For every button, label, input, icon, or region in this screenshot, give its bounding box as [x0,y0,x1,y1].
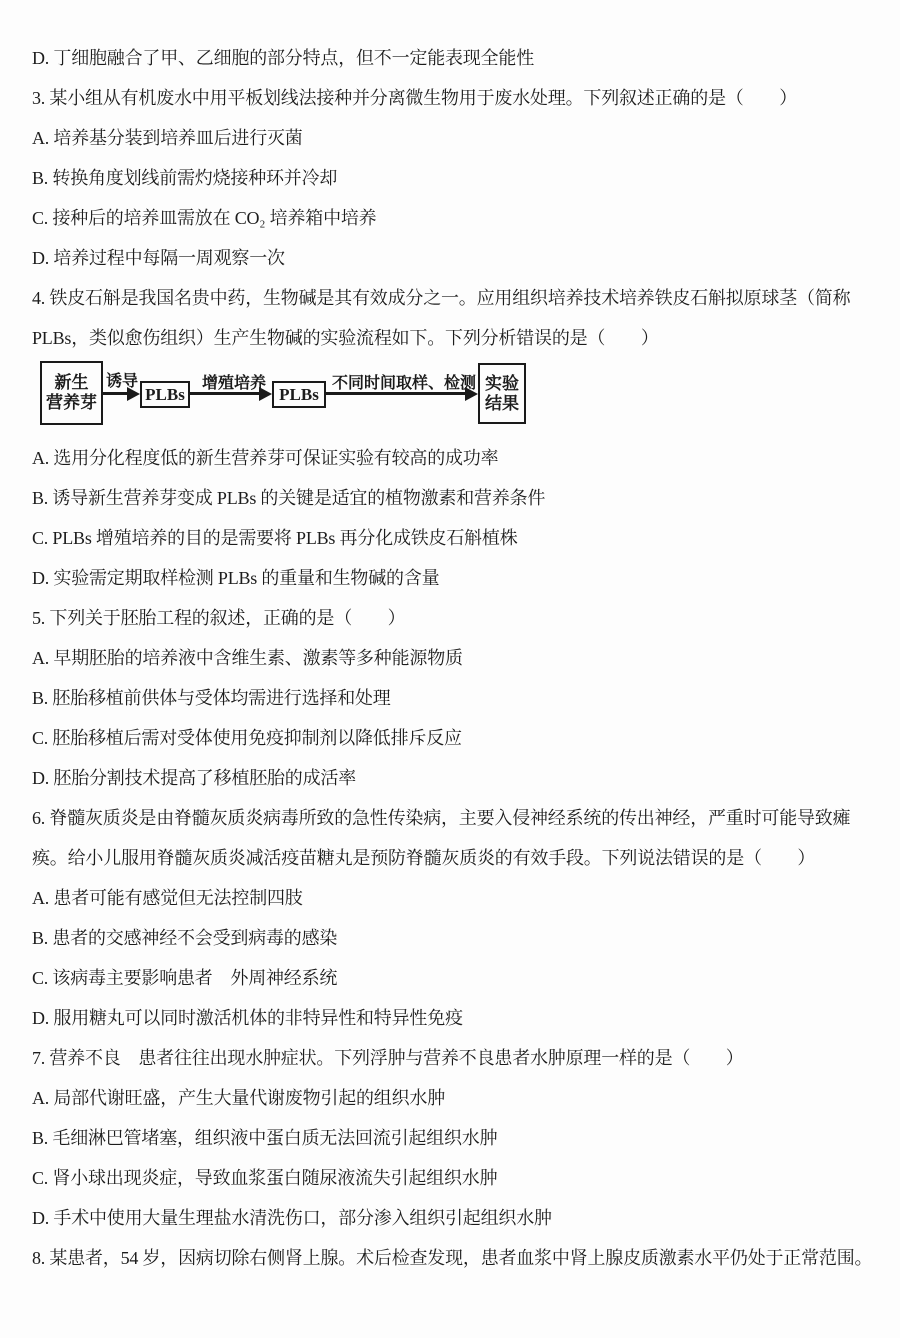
q5-option-d: D. 胚胎分割技术提高了移植胚胎的成活率 [0,758,900,798]
flow-arrow-1 [101,392,129,395]
q8-stem: 8. 某患者，54 岁，因病切除右侧肾上腺。术后检查发现，患者血浆中肾上腺皮质激… [0,1238,900,1278]
q6-option-c: C. 该病毒主要影响患者 外周神经系统 [0,958,900,998]
q7-option-d: D. 手术中使用大量生理盐水清洗伤口，部分渗入组织引起组织水肿 [0,1198,900,1238]
q6-option-b: B. 患者的交感神经不会受到病毒的感染 [0,918,900,958]
arrow-head-icon [127,387,140,401]
q5-option-b: B. 胚胎移植前供体与受体均需进行选择和处理 [0,678,900,718]
q7-stem: 7. 营养不良 患者往往出现水肿症状。下列浮肿与营养不良患者水肿原理一样的是（ … [0,1038,900,1078]
q5-option-c: C. 胚胎移植后需对受体使用免疫抑制剂以降低排斥反应 [0,718,900,758]
flow-box-new-shoot-line1: 新生 [55,373,89,393]
flow-box-result: 实验 结果 [478,363,526,424]
q3-option-b: B. 转换角度划线前需灼烧接种环并冷却 [0,158,900,198]
q3-option-c: C. 接种后的培养皿需放在 CO₂ 培养箱中培养 [0,198,900,238]
exam-page: D. 丁细胞融合了甲、乙细胞的部分特点，但不一定能表现全能性 3. 某小组从有机… [0,0,900,1338]
flow-box-new-shoot: 新生 营养芽 [40,361,103,425]
flow-box-result-line2: 结果 [485,394,519,414]
flow-arrow-2 [190,392,261,395]
q4-stem-line1: 4. 铁皮石斛是我国名贵中药，生物碱是其有效成分之一。应用组织培养技术培养铁皮石… [0,278,900,318]
arrow-head-icon [259,387,272,401]
q6-stem-line1: 6. 脊髓灰质炎是由脊髓灰质炎病毒所致的急性传染病，主要入侵神经系统的传出神经，… [0,798,900,838]
q6-option-a: A. 患者可能有感觉但无法控制四肢 [0,878,900,918]
q7-option-a: A. 局部代谢旺盛，产生大量代谢废物引起的组织水肿 [0,1078,900,1118]
q4-option-a: A. 选用分化程度低的新生营养芽可保证实验有较高的成功率 [0,438,900,478]
q3-stem: 3. 某小组从有机废水中用平板划线法接种并分离微生物用于废水处理。下列叙述正确的… [0,78,900,118]
arrow-label-sampling: 不同时间取样、检测 [328,374,480,393]
q4-option-d: D. 实验需定期取样检测 PLBs 的重量和生物碱的含量 [0,558,900,598]
q3-option-d: D. 培养过程中每隔一周观察一次 [0,238,900,278]
q4-option-c: C. PLBs 增殖培养的目的是需要将 PLBs 再分化成铁皮石斛植株 [0,518,900,558]
flow-box-plbs-2: PLBs [272,381,326,408]
q6-option-d: D. 服用糖丸可以同时激活机体的非特异性和特异性免疫 [0,998,900,1038]
flow-diagram: 新生 营养芽 诱导 PLBs 增殖培养 PLBs 不同时间取样、检测 实验 结果 [0,358,900,438]
q3-option-a: A. 培养基分装到培养皿后进行灭菌 [0,118,900,158]
q4-stem-line2: PLBs，类似愈伤组织）生产生物碱的实验流程如下。下列分析错误的是（ ） [0,318,900,358]
arrow-head-icon [465,387,478,401]
q5-stem: 5. 下列关于胚胎工程的叙述，正确的是（ ） [0,598,900,638]
flow-arrow-3 [324,392,467,395]
q4-option-b: B. 诱导新生营养芽变成 PLBs 的关键是适宜的植物激素和营养条件 [0,478,900,518]
flow-box-new-shoot-line2: 营养芽 [46,393,97,413]
flow-box-plbs-1-label: PLBs [145,385,185,405]
q6-stem-line2: 痪。给小儿服用脊髓灰质炎减活疫苗糖丸是预防脊髓灰质炎的有效手段。下列说法错误的是… [0,838,900,878]
q2-option-d: D. 丁细胞融合了甲、乙细胞的部分特点，但不一定能表现全能性 [0,38,900,78]
q7-option-c: C. 肾小球出现炎症，导致血浆蛋白随尿液流失引起组织水肿 [0,1158,900,1198]
flow-box-plbs-2-label: PLBs [279,385,319,405]
q5-option-a: A. 早期胚胎的培养液中含维生素、激素等多种能源物质 [0,638,900,678]
flow-box-plbs-1: PLBs [140,381,190,408]
flow-box-result-line1: 实验 [485,374,519,394]
q7-option-b: B. 毛细淋巴管堵塞，组织液中蛋白质无法回流引起组织水肿 [0,1118,900,1158]
